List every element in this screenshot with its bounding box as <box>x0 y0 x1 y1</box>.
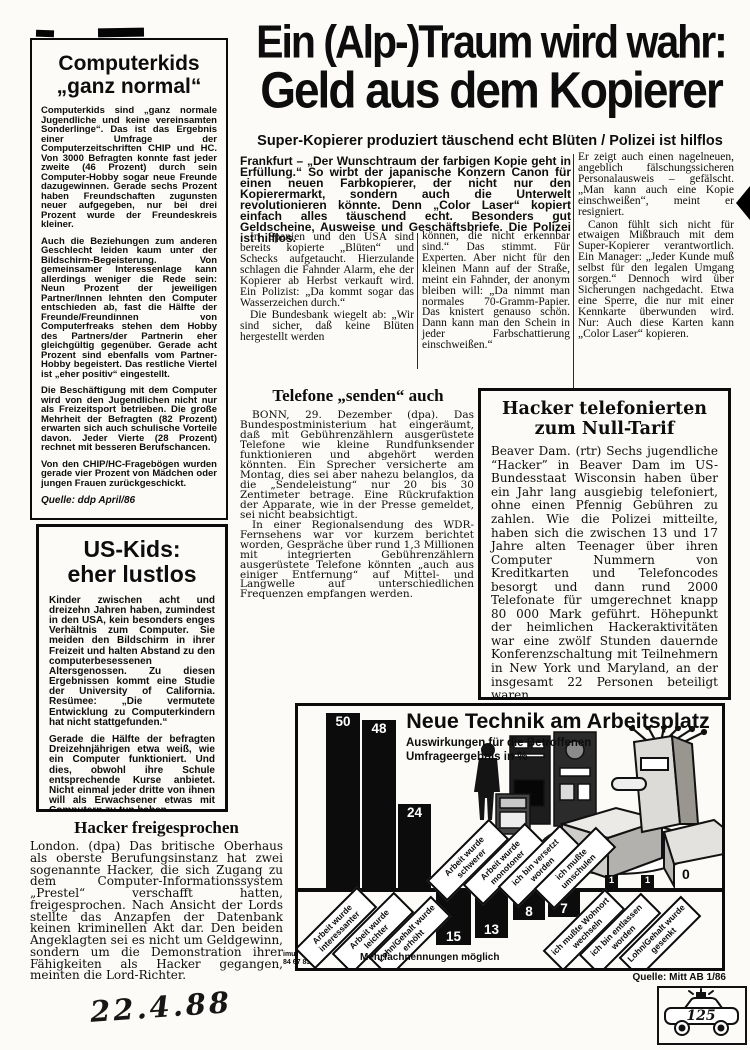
paragraph: In einer Regionalsendung des WDR-Fernseh… <box>240 521 474 601</box>
chart-bar: 48 <box>362 720 396 888</box>
chart-bar: 50 <box>326 713 360 888</box>
article-column: Er zeigt auch einen nagelneuen, angeblic… <box>578 152 734 342</box>
paragraph: Canon fühlt sich nicht für etwaigen Mißb… <box>578 220 734 340</box>
title-line: US-Kids: <box>83 536 180 562</box>
paragraph: Gerade die Hälfte der befragten Dreizehn… <box>49 735 215 812</box>
newspaper-page: Computerkids „ganz normal“ Computerkids … <box>0 0 750 1050</box>
chart-bar-value: 15 <box>446 928 461 945</box>
chart-bar: 1 <box>605 875 618 888</box>
credit-line: imu <box>283 951 295 958</box>
chart-bar-value: 13 <box>484 921 499 938</box>
article-body: London. (dpa) Das britische Oberhaus als… <box>30 841 283 982</box>
chart-bar-value: 24 <box>407 804 422 821</box>
chart-bar: 1 <box>641 875 654 888</box>
title-line: „ganz normal“ <box>57 75 202 98</box>
title-line: Hacker telefonierten <box>502 399 707 419</box>
chart-bar-value: 8 <box>525 903 533 920</box>
article-freigesprochen: Hacker freigesprochen London. (dpa) Das … <box>30 818 283 982</box>
paragraph: Die Beschäftigung mit dem Computer wird … <box>41 386 217 453</box>
badge-number-text: 125 <box>686 1008 715 1024</box>
scan-artifact <box>98 28 144 38</box>
title-line: eher lustlos <box>67 561 196 587</box>
column-divider <box>573 154 574 412</box>
paragraph: können, die nicht erkennbar sind.“ Das s… <box>422 231 570 351</box>
chart-neue-technik: Neue Technik am Arbeitsplatz Auswirkunge… <box>295 703 725 971</box>
paragraph: Auch die Beziehungen zum anderen Geschle… <box>41 237 217 380</box>
paragraph: BONN, 29. Dezember (dpa). Das Bundespost… <box>240 411 474 521</box>
paragraph: Er zeigt auch einen nagelneuen, angeblic… <box>578 152 734 218</box>
headline-line: Geld aus dem Kopierer <box>236 65 746 116</box>
article-title: Hacker telefonierten zum Null-Tarif <box>491 399 718 439</box>
chart-note: Mehrfachnennungen möglich <box>360 952 499 963</box>
paragraph: Die Bundesbank wiegelt ab: „Wir sind sic… <box>240 310 414 343</box>
article-body: Beaver Dam. (rtr) Sechs jugendliche “Hac… <box>491 445 718 700</box>
chart-title: Neue Technik am Arbeitsplatz <box>394 709 722 734</box>
article-body: Computerkids sind „ganz normale Jugendli… <box>41 106 217 506</box>
scan-artifact <box>736 186 750 220</box>
article-title-telefone: Telefone „senden“ auch <box>240 386 476 406</box>
paragraph: Kinder zwischen acht und dreizehn Jahren… <box>49 596 215 728</box>
paragraph: In Spanien und den USA sind bereits kopi… <box>240 232 414 308</box>
scan-artifact <box>36 30 54 38</box>
police-car-icon: 125 <box>659 988 744 1042</box>
article-title: Computerkids „ganz normal“ <box>41 52 217 98</box>
chart-subtitle: Auswirkungen für die Betroffenen Umfrage… <box>406 736 591 765</box>
chart-canvas: Neue Technik am Arbeitsplatz Auswirkunge… <box>298 706 722 968</box>
article-telefone: BONN, 29. Dezember (dpa). Das Bundespost… <box>240 411 474 600</box>
paragraph: Von den CHIP/HC-Fragebögen wurden gerade… <box>41 460 217 489</box>
article-column: In Spanien und den USA sind bereits kopi… <box>240 232 414 345</box>
article-uskids: US-Kids: eher lustlos Kinder zwischen ac… <box>36 524 228 812</box>
police-badge: 125 <box>657 986 747 1045</box>
headline-line: Ein (Alp-)Traum wird wahr: <box>236 20 746 66</box>
chart-source: Quelle: Mitt AB 1/86 <box>540 972 726 983</box>
chart-bar-value: 48 <box>371 720 386 737</box>
main-subhead: Super-Kopierer produziert täuschend echt… <box>238 133 742 149</box>
main-headline: Ein (Alp-)Traum wird wahr: Geld aus dem … <box>236 22 746 113</box>
article-column: können, die nicht erkennbar sind.“ Das s… <box>422 231 570 353</box>
paragraph: Computerkids sind „ganz normale Jugendli… <box>41 106 217 230</box>
article-body: Kinder zwischen acht und dreizehn Jahren… <box>49 596 215 812</box>
chart-bar: 24 <box>398 804 431 888</box>
column-divider <box>417 233 418 369</box>
article-computerkids: Computerkids „ganz normal“ Computerkids … <box>30 38 228 520</box>
chart-bar-value: 1 <box>645 875 650 886</box>
title-line: Computerkids <box>58 52 199 75</box>
chart-subtitle-line: Auswirkungen für die Betroffenen <box>406 737 591 749</box>
source-line: Quelle: ddp April/86 <box>41 495 217 506</box>
chart-bar-value: 0 <box>682 866 690 882</box>
title-line: zum Null-Tarif <box>535 419 675 439</box>
chart-subtitle-line: Umfrageergebnis in % <box>406 751 527 763</box>
chart-bar-value: 1 <box>609 875 614 886</box>
chart-bar-value: 50 <box>335 713 350 730</box>
handwritten-date: 22.4.88 <box>89 985 233 1029</box>
article-title: Hacker freigesprochen <box>30 818 283 838</box>
article-title: US-Kids: eher lustlos <box>49 537 215 588</box>
article-nulltarif: Hacker telefonierten zum Null-Tarif Beav… <box>478 388 731 700</box>
